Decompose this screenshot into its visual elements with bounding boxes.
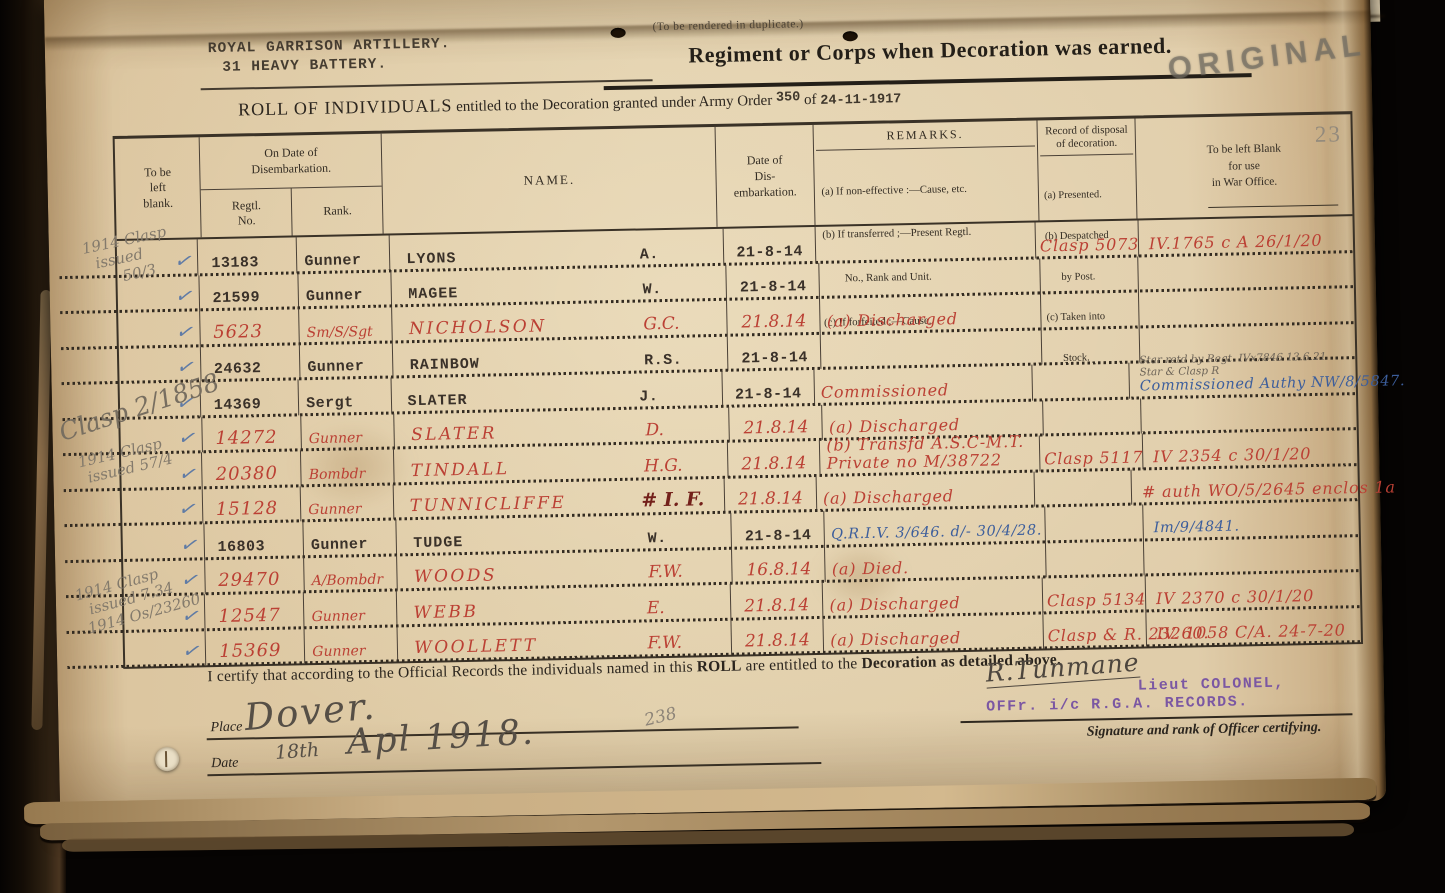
surname: NICHOLSON xyxy=(409,316,547,339)
header-disposal: Record of disposal of decoration. (a) Pr… xyxy=(1038,118,1138,220)
checkmark-annotation: ✓ xyxy=(179,638,204,664)
initials: G.C. xyxy=(643,313,680,334)
cell-remarks: Q.R.I.V. 3/646. d/- 30/4/28. xyxy=(825,506,1046,546)
cell-war-office: IV 2354 c 30/1/20 xyxy=(1143,429,1358,469)
cell-war-office: IV.1765 c A 26/1/20 xyxy=(1138,216,1353,256)
unit-title: ROYAL GARRISON ARTILLERY. 31 HEAVY BATTE… xyxy=(208,35,451,78)
checkmark-annotation: ✓ xyxy=(177,531,202,557)
army-order-number: 350 xyxy=(776,90,801,105)
roll-title-middle: entitled to the Decoration granted under… xyxy=(456,93,772,115)
cell-date: 21.8.14 xyxy=(727,298,821,335)
date-line xyxy=(207,762,821,776)
surname: WEBB xyxy=(413,601,478,622)
initials: D. xyxy=(645,420,664,440)
cell-rank: Gunner xyxy=(303,519,397,556)
cell-remarks: (b) Transfd A.S.C-M.T.Private no M/38722 xyxy=(820,435,1040,475)
cell-disposal xyxy=(1041,291,1140,328)
initials: F.W. xyxy=(648,562,683,583)
cell-disposal xyxy=(1046,540,1145,577)
cell-date: 16.8.14 xyxy=(732,546,826,583)
cell-date: 21.8.14 xyxy=(730,404,824,441)
cell-rank: Sergt xyxy=(299,377,392,414)
cell-regtl-no: 13183 xyxy=(198,237,298,274)
annotation-line: Private no M/38722 xyxy=(827,451,1003,472)
annotation-line: (a) Discharged xyxy=(829,594,960,615)
cell-war-office: IV 2370 c 30/1/20 xyxy=(1146,571,1361,611)
cell-war-office xyxy=(1141,394,1357,434)
header-regtl-no: Regtl. No. xyxy=(201,188,293,237)
cell-remarks xyxy=(816,223,1036,263)
header-war-office: To be left Blank for use in War Office. xyxy=(1136,114,1353,218)
cell-regtl-no: 12547 xyxy=(205,592,305,629)
document-page: ROYAL GARRISON ARTILLERY. 31 HEAVY BATTE… xyxy=(44,0,1386,827)
cell-regtl-no: 20380 xyxy=(202,450,302,487)
initials: W. xyxy=(643,281,662,298)
cell-remarks: (a) Discharged xyxy=(824,613,1044,653)
initials: H.G. xyxy=(644,455,683,476)
cell-name: WOOLLETT F.W. xyxy=(398,619,732,661)
cell-regtl-no: 15369 xyxy=(206,628,306,665)
cell-rank: A/Bombdr xyxy=(304,555,398,592)
cell-rank: Bombdr xyxy=(301,448,395,485)
cell-rank: Gunner xyxy=(304,590,398,627)
cell-left-blank: ✓ xyxy=(122,523,204,560)
initials: A. xyxy=(640,246,659,263)
checkmark-annotation: ✓ xyxy=(173,318,198,344)
annotation-line: (a) Died. xyxy=(832,559,909,578)
initials: J. xyxy=(639,388,658,405)
cell-date: 21.8.14 xyxy=(728,440,821,477)
cell-war-office xyxy=(1138,252,1354,292)
unit-underline xyxy=(201,79,653,90)
annotation-line: Clasp 5073 xyxy=(1040,235,1139,255)
table-rows: ✓ 13183 Gunner LYONS A. 21-8-14 Clasp 50… xyxy=(117,216,1361,667)
annotation-line: IV 2354 c 30/1/20 xyxy=(1153,445,1311,466)
checkmark-annotation: ✓ xyxy=(171,247,196,273)
surname: TINDALL xyxy=(411,459,510,481)
cell-left-blank: ✓ xyxy=(118,310,200,347)
cell-rank: Gunner xyxy=(298,271,392,308)
surname: LYONS xyxy=(406,250,456,268)
annotation-line: IV 2370 c 30/1/20 xyxy=(1156,587,1314,608)
checkmark-annotation: ✓ xyxy=(176,460,201,486)
cell-war-office: Im/9/4841. xyxy=(1143,500,1359,540)
header-disembarkation-group: On Date of Disembarkation. Regtl. No. Ra… xyxy=(200,134,384,238)
surname: SLATER xyxy=(407,391,467,409)
cell-rank: Gunner xyxy=(301,413,395,450)
cell-disposal xyxy=(1035,469,1133,506)
annotation-line: Clasp 5134 xyxy=(1047,590,1146,610)
annotation-line: IV. 1058 C/A. 24-7-20 xyxy=(1157,621,1346,643)
cell-war-office xyxy=(1144,536,1360,576)
cell-disposal xyxy=(1040,256,1139,293)
cell-date: 21-8-14 xyxy=(727,262,821,299)
cell-date: 21.8.14 xyxy=(731,617,824,654)
cell-disposal: Clasp 5117 xyxy=(1040,433,1144,471)
surname: TUDGE xyxy=(413,534,463,552)
annotation-line: (a) Discharged xyxy=(830,629,961,650)
surname: RAINBOW xyxy=(410,356,480,374)
cell-disposal xyxy=(1042,327,1141,364)
place-label: Place xyxy=(210,720,242,737)
cell-remarks: (a) Discharged xyxy=(817,471,1036,511)
cell-regtl-no: 15128 xyxy=(202,486,301,523)
roll-title-prefix: ROLL OF INDIVIDUALS xyxy=(238,95,453,119)
cell-date: 21-8-14 xyxy=(732,511,826,548)
cell-date: 21-8-14 xyxy=(728,333,822,370)
cell-rank: Sm/S/Sgt xyxy=(299,306,393,343)
cell-left-blank: ✓ xyxy=(122,488,203,525)
cell-disposal: Clasp 5073 xyxy=(1035,220,1139,258)
cell-regtl-no: 21599 xyxy=(199,273,299,310)
initials: E. xyxy=(647,598,665,618)
annotation-line: (a) Discharged xyxy=(827,310,958,331)
annotation-line: # auth WO/5/2645 enclos 1a xyxy=(1142,478,1396,501)
cell-war-office xyxy=(1139,287,1355,327)
surname: WOODS xyxy=(414,565,498,587)
annotation-line: Q.R.I.V. 3/646. d/- 30/4/28. xyxy=(831,523,1042,543)
date-handwritten-day: 18th xyxy=(274,739,320,764)
initials: R.S. xyxy=(644,352,682,370)
cell-regtl-no: 16803 xyxy=(204,521,304,558)
initials: # I. F. xyxy=(641,488,704,511)
cell-remarks: Commissioned xyxy=(814,365,1033,405)
annotation-line: Im/9/4841. xyxy=(1154,519,1240,537)
cell-rank: Gunner xyxy=(305,626,399,663)
office-stamp: OFFr. i/c R.G.A. RECORDS. xyxy=(986,693,1249,715)
cell-remarks xyxy=(820,258,1041,298)
roll-table: To be left blank. On Date of Disembarkat… xyxy=(113,111,1363,669)
annotation-line: IV.1765 c A 26/1/20 xyxy=(1149,231,1323,252)
surname: TUNNICLIFFE xyxy=(410,493,567,516)
cell-date: 21-8-14 xyxy=(722,369,815,406)
cell-rank: Gunner xyxy=(301,484,394,521)
cell-disposal: Clasp 5134 xyxy=(1043,575,1147,613)
initials: F.W. xyxy=(647,633,682,654)
unit-line-2: 31 HEAVY BATTERY. xyxy=(208,54,451,78)
initials: W. xyxy=(648,529,667,546)
cell-regtl-no: 14272 xyxy=(202,415,302,452)
annotation-line: Commissioned xyxy=(821,381,949,401)
cell-disposal: Clasp & R. 23260. xyxy=(1043,611,1147,649)
header-remarks: REMARKS. (a) If non-effective :—Cause, e… xyxy=(813,120,1039,224)
cell-date: 21-8-14 xyxy=(723,227,816,264)
roll-title-of: of xyxy=(804,92,817,108)
surname: WOOLLETT xyxy=(414,636,538,658)
checkmark-annotation: ✓ xyxy=(175,425,200,451)
cell-date: 21.8.14 xyxy=(730,582,823,619)
date-label: Date xyxy=(211,756,239,773)
checkmark-annotation: ✓ xyxy=(176,496,201,522)
cell-left-blank: ✓ xyxy=(125,630,207,667)
surname: MAGEE xyxy=(408,285,458,303)
rank-stamp: Lieut COLONEL, xyxy=(1138,675,1285,695)
cell-rank: Gunner xyxy=(297,235,391,272)
cell-date: 21.8.14 xyxy=(725,475,818,512)
cell-remarks: (a) Died. xyxy=(825,542,1046,582)
signature-caption: Signature and rank of Officer certifying… xyxy=(1087,720,1322,741)
cell-regtl-no: 5623 xyxy=(200,308,300,345)
cell-disposal xyxy=(1032,363,1130,400)
checkmark-annotation: ✓ xyxy=(172,283,197,309)
war-office-blank-line xyxy=(1208,204,1338,208)
hole-reinforcement-ring xyxy=(155,747,179,771)
cell-rank: Gunner xyxy=(300,342,394,379)
cell-disposal xyxy=(1043,398,1142,435)
photograph-background: ROYAL GARRISON ARTILLERY. 31 HEAVY BATTE… xyxy=(0,0,1445,893)
cell-war-office: # auth WO/5/2645 enclos 1a xyxy=(1132,465,1359,505)
army-order-date: 24-11-1917 xyxy=(820,92,901,109)
header-name: NAME. xyxy=(382,127,718,234)
annotation-line: Clasp 5117 xyxy=(1044,448,1143,468)
annotation-line: Star retd by Regt. IVx7846 13.6.21 xyxy=(1139,351,1326,367)
cell-regtl-no: 29470 xyxy=(205,557,305,594)
cell-remarks: (a) Discharged xyxy=(820,293,1041,333)
cell-remarks: (a) Discharged xyxy=(823,577,1043,617)
annotation-line: (a) Discharged xyxy=(823,487,954,508)
header-date: Date of Dis- embarkation. xyxy=(716,125,815,227)
pencil-annotation-number: 238 xyxy=(643,704,679,731)
surname: SLATER xyxy=(411,423,497,445)
cell-disposal xyxy=(1045,504,1144,541)
header-rank: Rank. xyxy=(292,187,383,236)
cell-war-office: IV. 1058 C/A. 24-7-20 xyxy=(1146,607,1361,647)
cell-remarks xyxy=(821,329,1042,369)
cell-war-office: Star retd by Regt. IVx7846 13.6.21Star &… xyxy=(1129,358,1356,398)
